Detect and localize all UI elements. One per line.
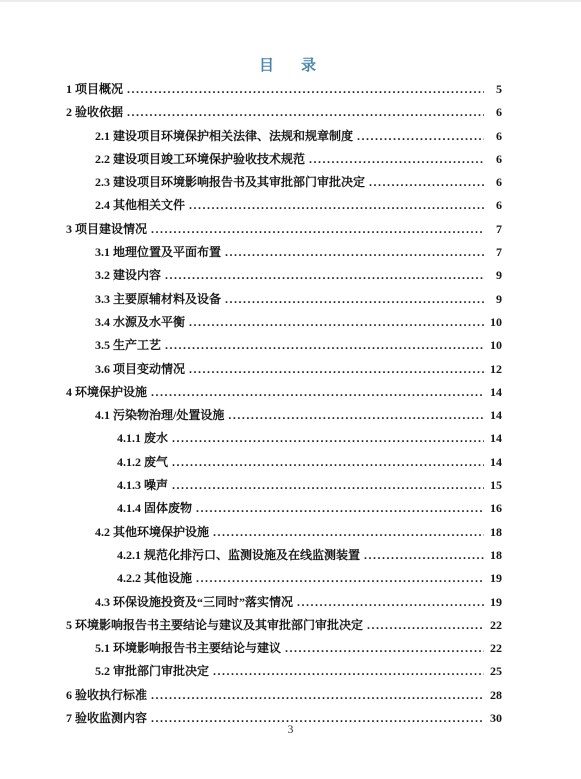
toc-entry: 4 环境保护设施14	[0, 381, 581, 404]
toc-entry-label: 4.2 其他环境保护设施	[95, 521, 209, 544]
toc-entry-page: 14	[487, 427, 502, 450]
toc-dot-leader	[357, 125, 484, 148]
toc-entry-page: 14	[487, 381, 502, 404]
toc-entry-label: 3.5 生产工艺	[95, 334, 161, 357]
toc-entry: 6 验收执行标准28	[0, 684, 581, 707]
toc-entry-page: 10	[487, 311, 502, 334]
toc-dot-leader	[228, 404, 484, 427]
toc-entry-page: 18	[487, 544, 502, 567]
toc-entry-page: 19	[487, 567, 502, 590]
toc-entry: 4.2.2 其他设施19	[0, 567, 581, 590]
toc-entry: 4.2 其他环境保护设施18	[0, 521, 581, 544]
toc-dot-leader	[151, 381, 484, 404]
toc-entry-page: 19	[487, 591, 502, 614]
toc-dot-leader	[172, 427, 484, 450]
toc-dot-leader	[309, 148, 484, 171]
toc-entry-label: 5.2 审批部门审批决定	[95, 660, 209, 683]
toc-entry: 3.6 项目变动情况12	[0, 358, 581, 381]
toc-entry-page: 22	[487, 637, 502, 660]
toc-entry-label: 3 项目建设情况	[66, 218, 147, 241]
toc-entry-label: 4.1.2 废气	[117, 451, 168, 474]
toc-dot-leader	[225, 288, 484, 311]
toc-entry-label: 2.2 建设项目竣工环境保护验收技术规范	[95, 148, 305, 171]
toc-entry-label: 4.1.1 废水	[117, 427, 168, 450]
toc-entry: 1 项目概况5	[0, 78, 581, 101]
toc-entry: 3.3 主要原辅材料及设备9	[0, 288, 581, 311]
toc-entry-page: 14	[487, 404, 502, 427]
toc-entry: 2.1 建设项目环境保护相关法律、法规和规章制度6	[0, 125, 581, 148]
toc-dot-leader	[189, 311, 484, 334]
toc-entry: 4.1.1 废水14	[0, 427, 581, 450]
toc-entry-label: 3.3 主要原辅材料及设备	[95, 288, 221, 311]
toc-entry-page: 16	[487, 497, 502, 520]
toc-entry-label: 4.2.1 规范化排污口、监测设施及在线监测装置	[117, 544, 360, 567]
toc-entry-page: 6	[487, 101, 502, 124]
toc-entry-page: 15	[487, 474, 502, 497]
toc-entry-label: 4.3 环保设施投资及“三同时”落实情况	[95, 591, 293, 614]
toc-entry-label: 3.4 水源及水平衡	[95, 311, 185, 334]
toc-dot-leader	[225, 241, 484, 264]
toc-entry: 2.4 其他相关文件6	[0, 194, 581, 217]
toc-entry-label: 4.1.3 噪声	[117, 474, 168, 497]
toc-entry: 3.4 水源及水平衡10	[0, 311, 581, 334]
toc-entry: 4.2.1 规范化排污口、监测设施及在线监测装置18	[0, 544, 581, 567]
toc-entry-label: 1 项目概况	[66, 78, 123, 101]
toc-entry-label: 2.4 其他相关文件	[95, 194, 185, 217]
toc-entry: 4.1.2 废气14	[0, 451, 581, 474]
toc-entry: 4.1.4 固体废物16	[0, 497, 581, 520]
toc-entry-label: 3.1 地理位置及平面布置	[95, 241, 221, 264]
toc-dot-leader	[127, 78, 484, 101]
document-page: 目 录 1 项目概况52 验收依据62.1 建设项目环境保护相关法律、法规和规章…	[0, 0, 581, 779]
toc-entry: 5.1 环境影响报告书主要结论与建议22	[0, 637, 581, 660]
toc-dot-leader	[151, 684, 484, 707]
toc-entry: 2.3 建设项目环境影响报告书及其审批部门审批决定6	[0, 171, 581, 194]
toc-dot-leader	[196, 567, 484, 590]
toc-entry-page: 18	[487, 521, 502, 544]
toc-entry-label: 3.6 项目变动情况	[95, 358, 185, 381]
toc-entry-label: 2.1 建设项目环境保护相关法律、法规和规章制度	[95, 125, 353, 148]
toc-entry-label: 2.3 建设项目环境影响报告书及其审批部门审批决定	[95, 171, 365, 194]
toc-entry-page: 5	[487, 78, 502, 101]
toc-entry: 5.2 审批部门审批决定25	[0, 660, 581, 683]
toc-entry-label: 5 环境影响报告书主要结论与建议及其审批部门审批决定	[66, 614, 363, 637]
toc-entry-page: 6	[487, 125, 502, 148]
toc-dot-leader	[189, 194, 484, 217]
toc-dot-leader	[285, 637, 484, 660]
toc-dot-leader	[165, 334, 484, 357]
toc-entry-page: 22	[487, 614, 502, 637]
toc-dot-leader	[196, 497, 484, 520]
toc-entry: 3.2 建设内容9	[0, 264, 581, 287]
page-number: 3	[0, 723, 581, 738]
toc-entry-page: 14	[487, 451, 502, 474]
toc-dot-leader	[172, 451, 484, 474]
toc-entry: 5 环境影响报告书主要结论与建议及其审批部门审批决定22	[0, 614, 581, 637]
toc-entry-label: 4.1 污染物治理/处置设施	[95, 404, 224, 427]
toc-dot-leader	[369, 171, 484, 194]
toc-dot-leader	[297, 591, 484, 614]
toc-dot-leader	[364, 544, 484, 567]
toc-entry: 4.1 污染物治理/处置设施14	[0, 404, 581, 427]
toc-dot-leader	[213, 660, 484, 683]
toc-entry-page: 7	[487, 218, 502, 241]
toc-entry-page: 7	[487, 241, 502, 264]
toc-entry-page: 6	[487, 194, 502, 217]
toc-dot-leader	[151, 218, 484, 241]
toc-title: 目 录	[0, 56, 581, 76]
toc-entry-label: 4 环境保护设施	[66, 381, 147, 404]
toc-entry: 3.1 地理位置及平面布置7	[0, 241, 581, 264]
toc-entry-page: 10	[487, 334, 502, 357]
toc-dot-leader	[172, 474, 484, 497]
toc-entry-page: 6	[487, 148, 502, 171]
toc-entry: 4.1.3 噪声15	[0, 474, 581, 497]
toc-dot-leader	[127, 101, 484, 124]
toc-entry-label: 4.1.4 固体废物	[117, 497, 192, 520]
toc-entry: 2.2 建设项目竣工环境保护验收技术规范6	[0, 148, 581, 171]
toc-entry-label: 2 验收依据	[66, 101, 123, 124]
toc-entry: 2 验收依据6	[0, 101, 581, 124]
toc-entry-page: 28	[487, 684, 502, 707]
toc-dot-leader	[213, 521, 484, 544]
toc-entry-page: 6	[487, 171, 502, 194]
toc-entry: 4.3 环保设施投资及“三同时”落实情况19	[0, 591, 581, 614]
toc-dot-leader	[189, 358, 484, 381]
toc-list: 1 项目概况52 验收依据62.1 建设项目环境保护相关法律、法规和规章制度62…	[0, 78, 581, 730]
toc-entry-label: 3.2 建设内容	[95, 264, 161, 287]
toc-entry: 3.5 生产工艺10	[0, 334, 581, 357]
toc-entry-page: 9	[487, 288, 502, 311]
toc-entry-label: 5.1 环境影响报告书主要结论与建议	[95, 637, 281, 660]
toc-dot-leader	[367, 614, 484, 637]
toc-entry-page: 9	[487, 264, 502, 287]
toc-entry: 3 项目建设情况7	[0, 218, 581, 241]
toc-entry-page: 12	[487, 358, 502, 381]
toc-dot-leader	[165, 264, 484, 287]
toc-entry-page: 25	[487, 660, 502, 683]
toc-entry-label: 4.2.2 其他设施	[117, 567, 192, 590]
toc-entry-label: 6 验收执行标准	[66, 684, 147, 707]
